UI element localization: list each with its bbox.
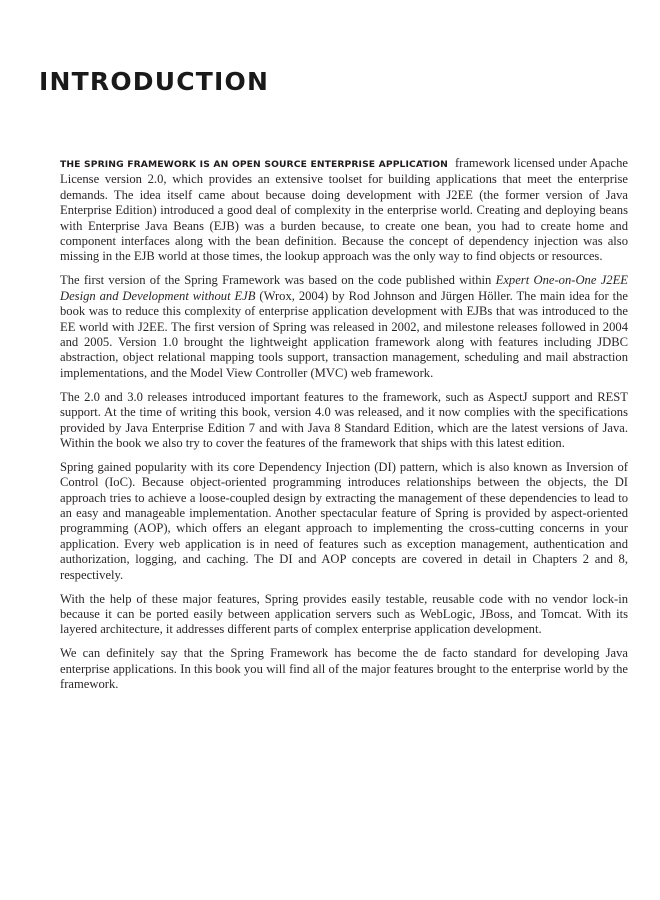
paragraph-text: The 2.0 and 3.0 releases introduced impo… <box>60 390 628 450</box>
paragraph-conclusion: We can definitely say that the Spring Fr… <box>60 646 628 692</box>
paragraph-releases: The 2.0 and 3.0 releases introduced impo… <box>60 390 628 452</box>
paragraph-text: We can definitely say that the Spring Fr… <box>60 646 628 691</box>
paragraph-text: Spring gained popularity with its core D… <box>60 460 628 582</box>
paragraph-di-aop: Spring gained popularity with its core D… <box>60 460 628 583</box>
paragraph-history: The first version of the Spring Framewor… <box>60 273 628 381</box>
paragraph-intro: THE SPRING FRAMEWORK IS AN OPEN SOURCE E… <box>60 156 628 265</box>
chapter-body: THE SPRING FRAMEWORK IS AN OPEN SOURCE E… <box>60 156 628 701</box>
paragraph-text: The first version of the Spring Framewor… <box>60 273 496 287</box>
lead-in-small-caps: THE SPRING FRAMEWORK IS AN OPEN SOURCE E… <box>60 159 448 170</box>
book-page: INTRODUCTION THE SPRING FRAMEWORK IS AN … <box>0 0 660 900</box>
paragraph-features: With the help of these major features, S… <box>60 592 628 638</box>
paragraph-text: framework licensed under Apache License … <box>60 156 628 263</box>
chapter-title: INTRODUCTION <box>39 64 269 100</box>
paragraph-text: With the help of these major features, S… <box>60 592 628 637</box>
